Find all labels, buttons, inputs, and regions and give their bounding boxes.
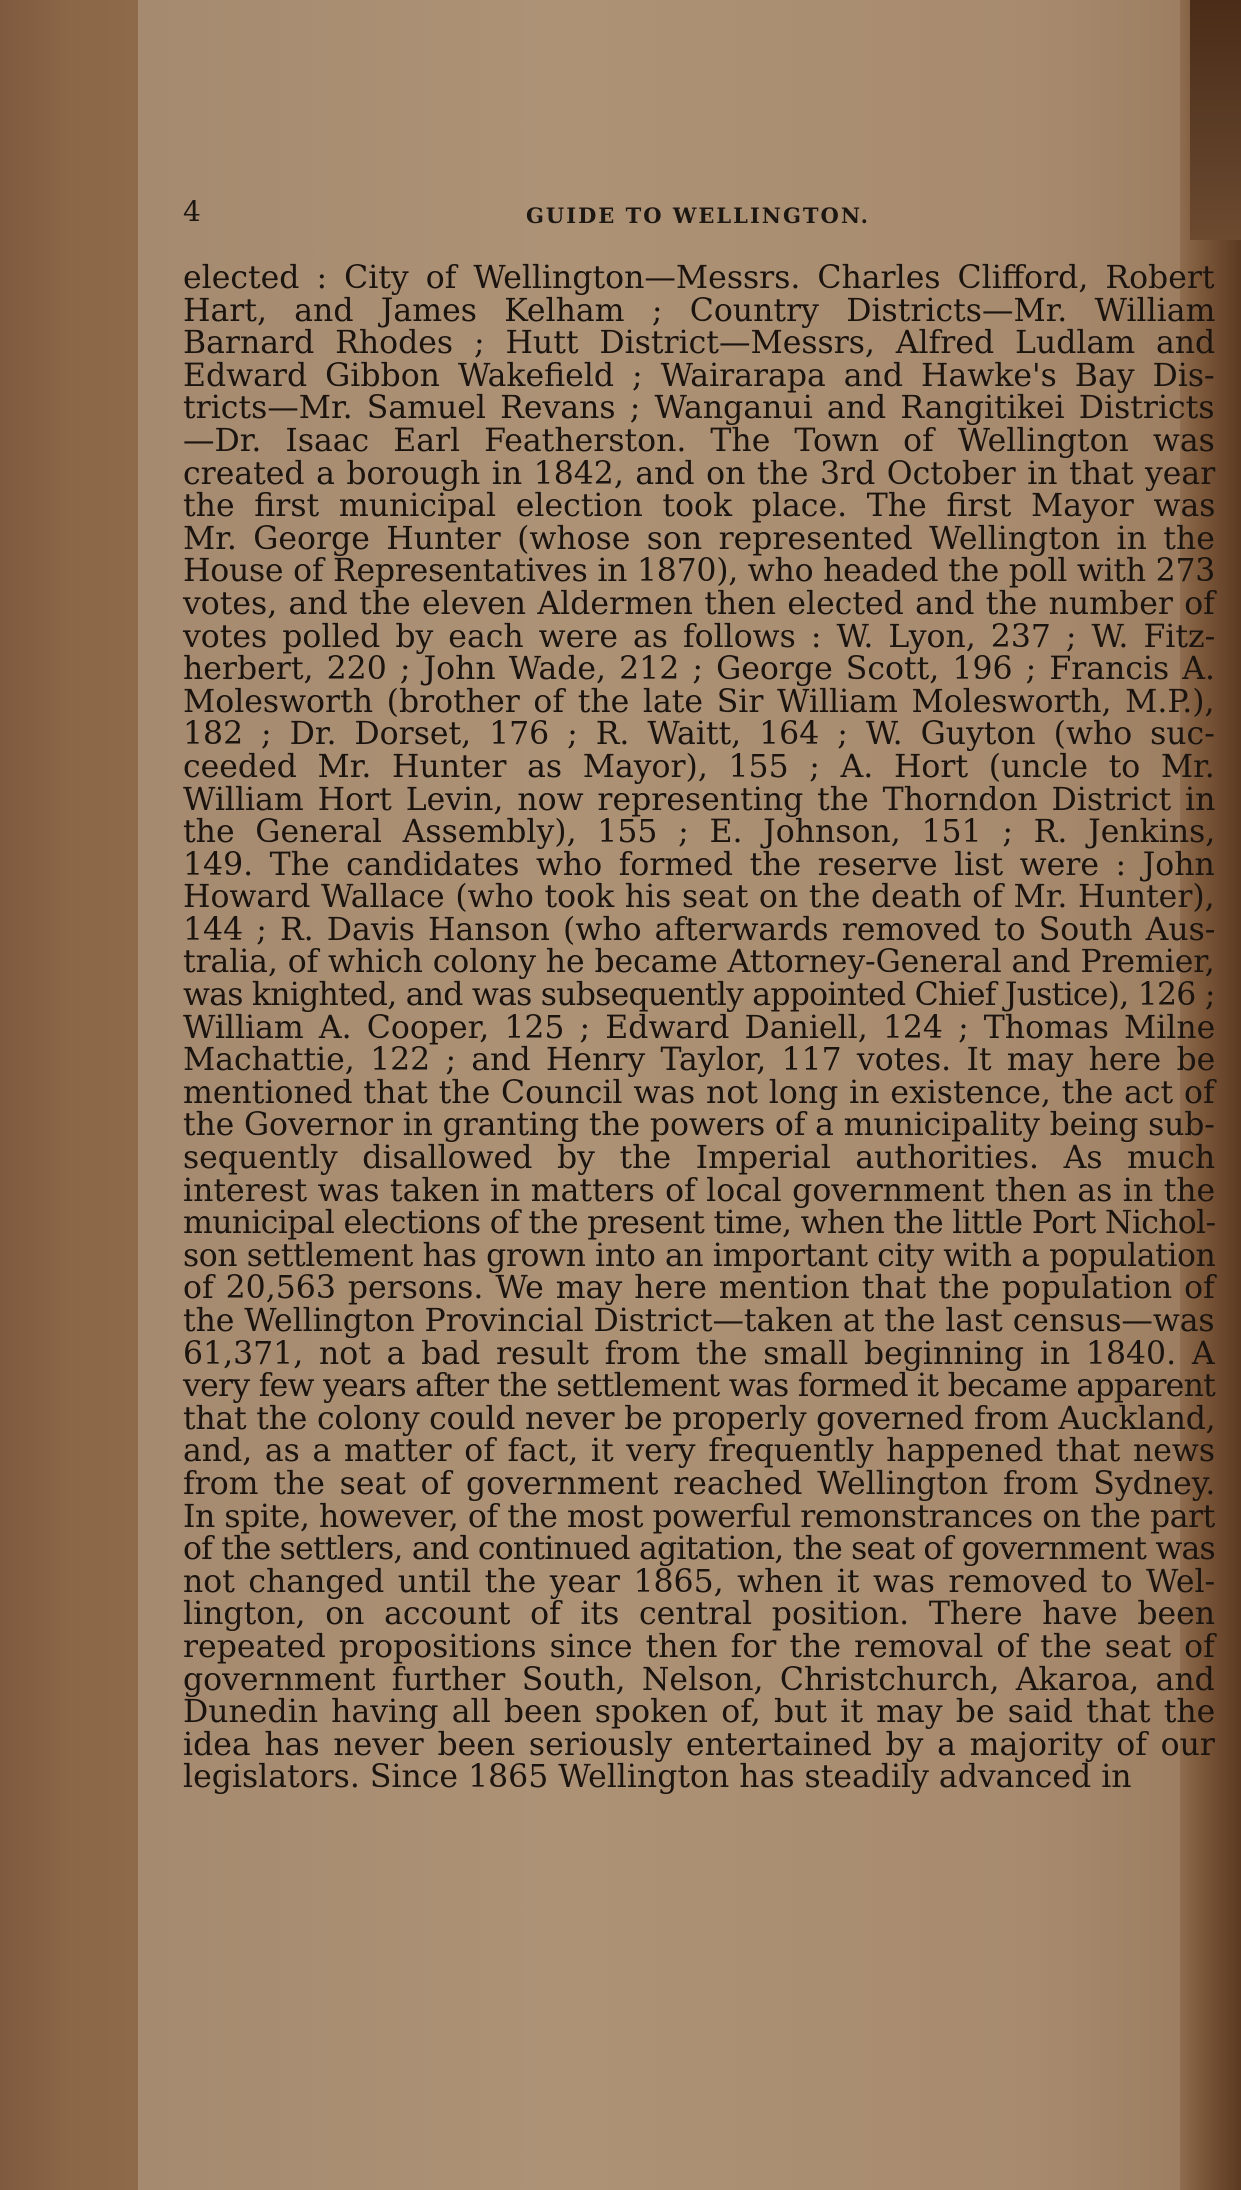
text-line: idea has never been seriously entertaine… — [183, 1729, 1215, 1762]
text-line: the Governor in granting the powers of a… — [183, 1109, 1215, 1142]
text-line: very few years after the settlement was … — [183, 1370, 1215, 1403]
text-line: ceeded Mr. Hunter as Mayor), 155 ; A. Ho… — [183, 751, 1215, 784]
text-line: Mr. George Hunter (whose son represented… — [183, 523, 1215, 556]
text-line: son settlement has grown into an importa… — [183, 1240, 1215, 1273]
text-line: Machattie, 122 ; and Henry Taylor, 117 v… — [183, 1044, 1215, 1077]
text-line: 61,371, not a bad result from the small … — [183, 1338, 1215, 1371]
text-line: government further South, Nelson, Christ… — [183, 1664, 1215, 1697]
text-line: 182 ; Dr. Dorset, 176 ; R. Waitt, 164 ; … — [183, 718, 1215, 751]
text-line: from the seat of government reached Well… — [183, 1468, 1215, 1501]
text-line: Barnard Rhodes ; Hutt District—Messrs, A… — [183, 327, 1215, 360]
text-line: Molesworth (brother of the late Sir Will… — [183, 686, 1215, 719]
text-line: House of Representatives in 1870), who h… — [183, 555, 1215, 588]
text-line: 149. The candidates who formed the reser… — [183, 849, 1215, 882]
text-line: Edward Gibbon Wakefield ; Wairarapa and … — [183, 360, 1215, 393]
text-line: William Hort Levin, now representing the… — [183, 784, 1215, 817]
text-line: William A. Cooper, 125 ; Edward Daniell,… — [183, 1012, 1215, 1045]
text-line: lington, on account of its central posit… — [183, 1598, 1215, 1631]
text-line: elected : City of Wellington—Messrs. Cha… — [183, 262, 1215, 295]
text-line: municipal elections of the present time,… — [183, 1207, 1215, 1240]
text-line: was knighted, and was subsequently appoi… — [183, 979, 1215, 1012]
text-line: Hart, and James Kelham ; Country Distric… — [183, 295, 1215, 328]
running-head: GUIDE TO WELLINGTON. — [183, 203, 1213, 228]
text-line: repeated propositions since then for the… — [183, 1631, 1215, 1664]
text-line: 144 ; R. Davis Hanson (who afterwards re… — [183, 914, 1215, 947]
text-line: In spite, however, of the most powerful … — [183, 1501, 1215, 1534]
text-line: sequently disallowed by the Imperial aut… — [183, 1142, 1215, 1175]
text-line: legislators. Since 1865 Wellington has s… — [183, 1761, 1215, 1794]
text-line: of the settlers, and continued agitation… — [183, 1533, 1215, 1566]
text-line: herbert, 220 ; John Wade, 212 ; George S… — [183, 653, 1215, 686]
text-line: the Wellington Provincial District—taken… — [183, 1305, 1215, 1338]
text-line: Howard Wallace (who took his seat on the… — [183, 881, 1215, 914]
text-line: tralia, of which colony he became Attorn… — [183, 946, 1215, 979]
text-line: and, as a matter of fact, it very freque… — [183, 1435, 1215, 1468]
text-line: Dunedin having all been spoken of, but i… — [183, 1696, 1215, 1729]
page-header: 4 GUIDE TO WELLINGTON. — [183, 195, 1213, 235]
text-line: —Dr. Isaac Earl Featherston. The Town of… — [183, 425, 1215, 458]
body-text: elected : City of Wellington—Messrs. Cha… — [183, 262, 1215, 1794]
text-line: mentioned that the Council was not long … — [183, 1077, 1215, 1110]
text-line: interest was taken in matters of local g… — [183, 1175, 1215, 1208]
scan-left-margin — [0, 0, 138, 2190]
text-line: of 20,563 persons. We may here mention t… — [183, 1272, 1215, 1305]
text-line: votes polled by each were as follows : W… — [183, 621, 1215, 654]
text-line: the first municipal election took place.… — [183, 490, 1215, 523]
text-line: the General Assembly), 155 ; E. Johnson,… — [183, 816, 1215, 849]
text-line: votes, and the eleven Aldermen then elec… — [183, 588, 1215, 621]
text-line: that the colony could never be properly … — [183, 1403, 1215, 1436]
text-line: created a borough in 1842, and on the 3r… — [183, 458, 1215, 491]
text-line: tricts—Mr. Samuel Revans ; Wanganui and … — [183, 392, 1215, 425]
text-line: not changed until the year 1865, when it… — [183, 1566, 1215, 1599]
